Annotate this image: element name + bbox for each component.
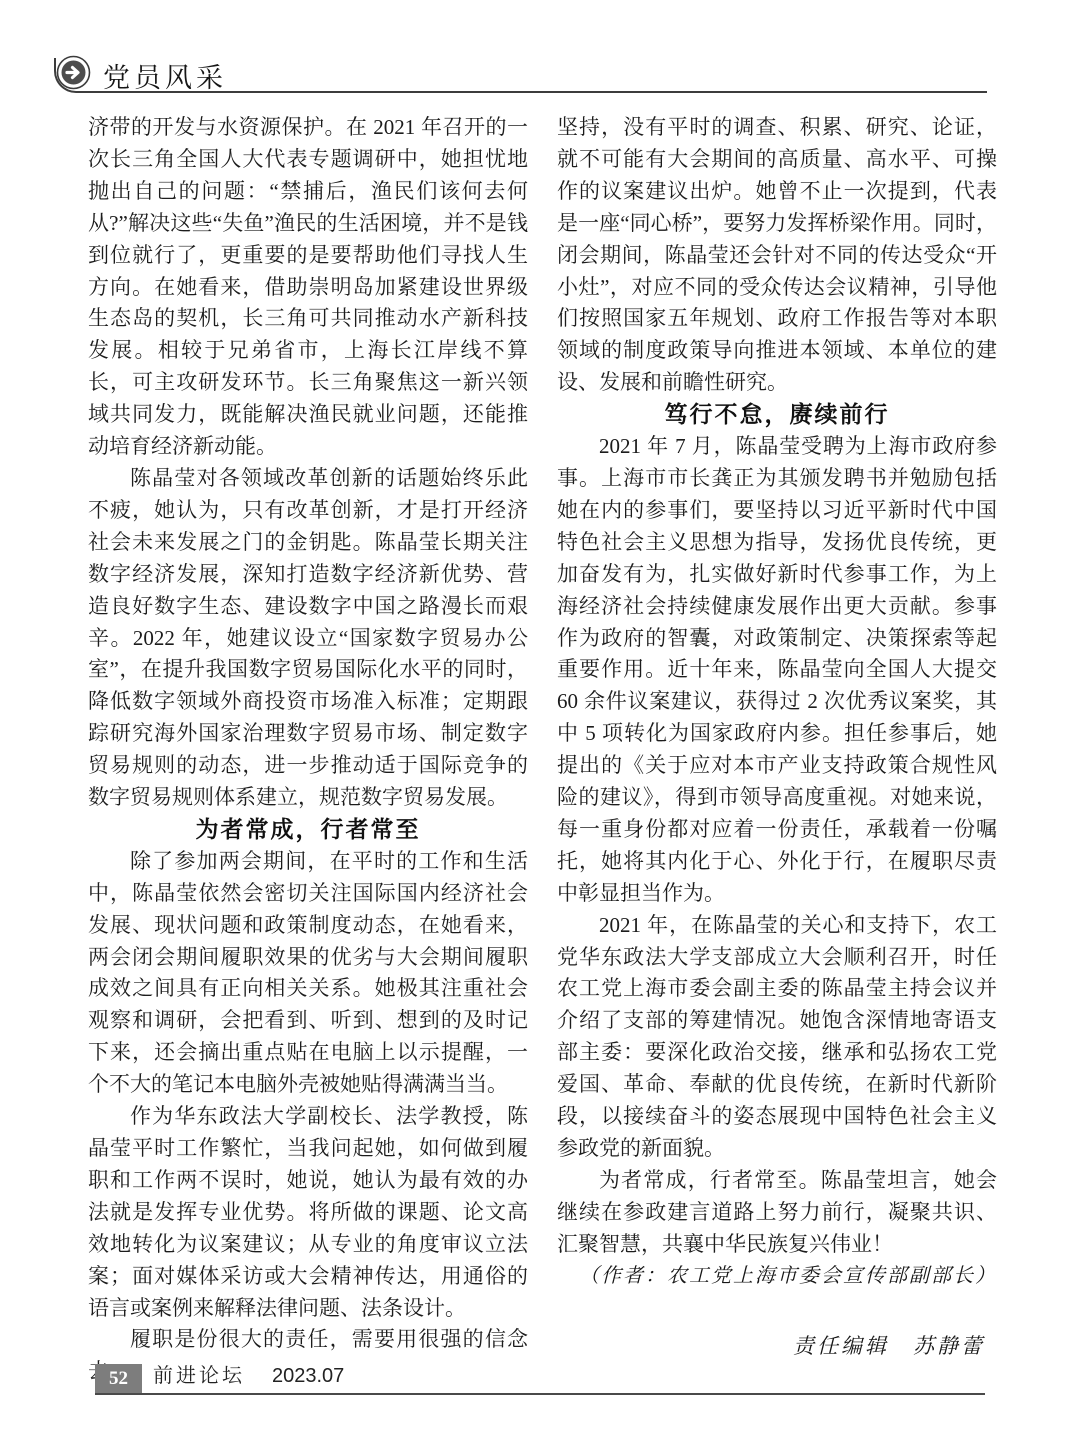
paragraph: 除了参加两会期间，在平时的工作和生活中，陈晶莹依然会密切关注国际国内经济社会发展… bbox=[88, 846, 528, 1101]
paragraph: 2021 年，在陈晶莹的关心和支持下，农工党华东政法大学支部成立大会顺利召开，时… bbox=[557, 910, 997, 1165]
magazine-title: 前进论坛 bbox=[153, 1359, 245, 1388]
arrow-right-circle-icon bbox=[56, 55, 91, 90]
subheading-left: 为者常成，行者常至 bbox=[88, 814, 528, 846]
paragraph: 坚持，没有平时的调查、积累、研究、论证，就不可能有大会期间的高质量、高水平、可操… bbox=[557, 112, 997, 399]
page-number-badge: 52 bbox=[95, 1364, 142, 1393]
paragraph: 2021 年 7 月，陈晶莹受聘为上海市政府参事。上海市市长龚正为其颁发聘书并勉… bbox=[557, 431, 997, 910]
left-column: 济带的开发与水资源保护。在 2021 年召开的一次长三角全国人大代表专题调研中，… bbox=[88, 112, 528, 1388]
magazine-page: 党员风采 济带的开发与水资源保护。在 2021 年召开的一次长三角全国人大代表专… bbox=[0, 0, 1071, 1454]
author-note: （作者：农工党上海市委会宣传部副部长） bbox=[557, 1261, 997, 1293]
right-column: 坚持，没有平时的调查、积累、研究、论证，就不可能有大会期间的高质量、高水平、可操… bbox=[557, 112, 997, 1293]
page-footer: 52 前进论坛 2023.07 bbox=[95, 1362, 985, 1395]
issue-date: 2023.07 bbox=[272, 1365, 344, 1388]
paragraph: 作为华东政法大学副校长、法学教授，陈晶莹平时工作繁忙，当我问起她，如何做到履职和… bbox=[88, 1101, 528, 1324]
section-title: 党员风采 bbox=[103, 56, 227, 95]
paragraph: 为者常成，行者常至。陈晶莹坦言，她会继续在参政建言道路上努力前行，凝聚共识、汇聚… bbox=[557, 1165, 997, 1261]
subheading-right: 笃行不怠，赓续前行 bbox=[557, 399, 997, 431]
paragraph: 陈晶莹对各领域改革创新的话题始终乐此不疲，她认为，只有改革创新，才是打开经济社会… bbox=[88, 463, 528, 814]
paragraph: 济带的开发与水资源保护。在 2021 年召开的一次长三角全国人大代表专题调研中，… bbox=[88, 112, 528, 463]
editor-credit: 责任编辑 苏静蕾 bbox=[557, 1330, 985, 1360]
